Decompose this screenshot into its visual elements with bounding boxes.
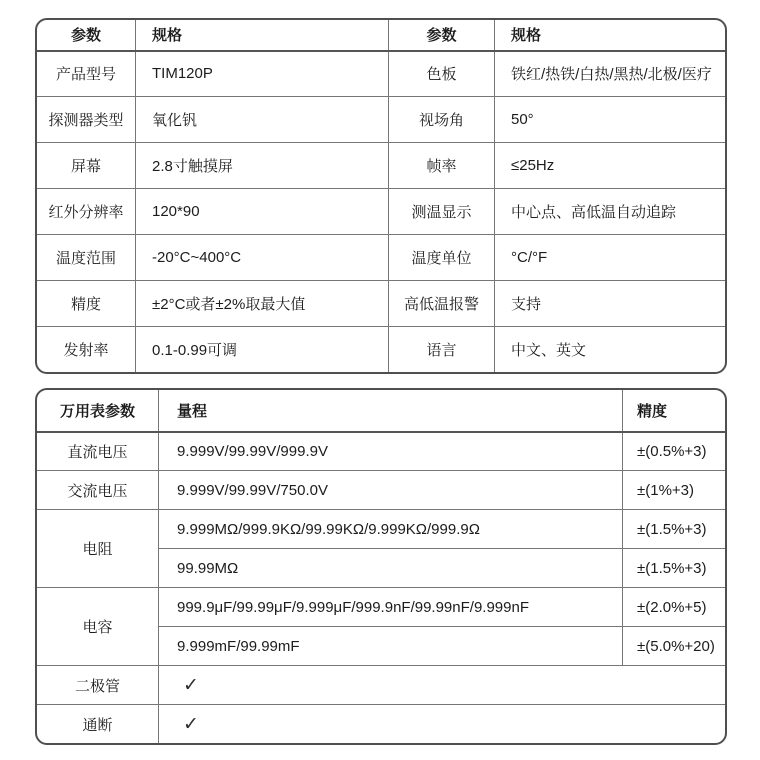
value-cell: ±2°C或者±2%取最大值	[136, 281, 389, 327]
checkmark-icon: ✓	[159, 666, 728, 705]
device-row-detector-fov: 探测器类型 氧化钒 视场角 50°	[37, 97, 728, 143]
value-cell: °C/°F	[495, 235, 728, 281]
param-cell-resistance: 电阻	[37, 510, 159, 588]
accuracy-cell: ±(5.0%+20)	[623, 627, 728, 666]
range-cell: 9.999mF/99.99mF	[159, 627, 623, 666]
row-dc-voltage: 直流电压 9.999V/99.99V/999.9V ±(0.5%+3)	[37, 432, 728, 471]
value-cell: 中心点、高低温自动追踪	[495, 189, 728, 235]
param-cell: 红外分辨率	[37, 189, 136, 235]
value-cell: 支持	[495, 281, 728, 327]
param-cell-capacitance: 电容	[37, 588, 159, 666]
multimeter-param-header: 万用表参数	[37, 390, 159, 432]
accuracy-cell: ±(0.5%+3)	[623, 432, 728, 471]
value-cell: TIM120P	[136, 51, 389, 97]
range-cell: 999.9μF/99.99μF/9.999μF/999.9nF/99.99nF/…	[159, 588, 623, 627]
range-cell: 9.999V/99.99V/999.9V	[159, 432, 623, 471]
param-cell: 通断	[37, 705, 159, 744]
row-capacitance-1: 电容 999.9μF/99.99μF/9.999μF/999.9nF/99.99…	[37, 588, 728, 627]
device-header-row: 参数 规格 参数 规格	[37, 20, 728, 51]
device-row-screen-framerate: 屏幕 2.8寸触摸屏 帧率 ≤25Hz	[37, 143, 728, 189]
param-cell: 屏幕	[37, 143, 136, 189]
param-cell: 帧率	[389, 143, 495, 189]
multimeter-spec-table: 万用表参数 量程 精度 直流电压 9.999V/99.99V/999.9V ±(…	[36, 389, 727, 744]
param-cell: 探测器类型	[37, 97, 136, 143]
value-cell: 2.8寸触摸屏	[136, 143, 389, 189]
spec-sheet-page: 参数 规格 参数 规格 产品型号 TIM120P 色板 铁红/热铁/白热/黑热/…	[0, 0, 760, 760]
param-cell: 视场角	[389, 97, 495, 143]
accuracy-cell: ±(1.5%+3)	[623, 549, 728, 588]
device-row-emissivity-language: 发射率 0.1-0.99可调 语言 中文、英文	[37, 327, 728, 373]
device-param-header-left: 参数	[37, 20, 136, 51]
param-cell: 发射率	[37, 327, 136, 373]
value-cell: ≤25Hz	[495, 143, 728, 189]
param-cell: 产品型号	[37, 51, 136, 97]
multimeter-range-header: 量程	[159, 390, 623, 432]
device-spec-header-right: 规格	[495, 20, 728, 51]
value-cell: 50°	[495, 97, 728, 143]
param-cell: 色板	[389, 51, 495, 97]
checkmark-icon: ✓	[159, 705, 728, 744]
device-param-header-right: 参数	[389, 20, 495, 51]
range-cell: 9.999MΩ/999.9KΩ/99.99KΩ/9.999KΩ/999.9Ω	[159, 510, 623, 549]
device-row-accuracy-alarm: 精度 ±2°C或者±2%取最大值 高低温报警 支持	[37, 281, 728, 327]
device-row-model-palette: 产品型号 TIM120P 色板 铁红/热铁/白热/黑热/北极/医疗	[37, 51, 728, 97]
value-cell: -20°C~400°C	[136, 235, 389, 281]
device-spec-header-left: 规格	[136, 20, 389, 51]
row-ac-voltage: 交流电压 9.999V/99.99V/750.0V ±(1%+3)	[37, 471, 728, 510]
param-cell: 精度	[37, 281, 136, 327]
value-cell: 铁红/热铁/白热/黑热/北极/医疗	[495, 51, 728, 97]
accuracy-cell: ±(1.5%+3)	[623, 510, 728, 549]
value-cell: 中文、英文	[495, 327, 728, 373]
row-continuity: 通断 ✓	[37, 705, 728, 744]
value-cell: 120*90	[136, 189, 389, 235]
param-cell: 温度单位	[389, 235, 495, 281]
param-cell: 高低温报警	[389, 281, 495, 327]
row-resistance-1: 电阻 9.999MΩ/999.9KΩ/99.99KΩ/9.999KΩ/999.9…	[37, 510, 728, 549]
param-cell: 测温显示	[389, 189, 495, 235]
device-spec-table-container: 参数 规格 参数 规格 产品型号 TIM120P 色板 铁红/热铁/白热/黑热/…	[35, 18, 727, 374]
multimeter-header-row: 万用表参数 量程 精度	[37, 390, 728, 432]
multimeter-accuracy-header: 精度	[623, 390, 728, 432]
value-cell: 氧化钒	[136, 97, 389, 143]
accuracy-cell: ±(1%+3)	[623, 471, 728, 510]
device-row-range-unit: 温度范围 -20°C~400°C 温度单位 °C/°F	[37, 235, 728, 281]
device-row-resolution-display: 红外分辨率 120*90 测温显示 中心点、高低温自动追踪	[37, 189, 728, 235]
param-cell: 温度范围	[37, 235, 136, 281]
range-cell: 99.99MΩ	[159, 549, 623, 588]
param-cell: 直流电压	[37, 432, 159, 471]
value-cell: 0.1-0.99可调	[136, 327, 389, 373]
range-cell: 9.999V/99.99V/750.0V	[159, 471, 623, 510]
accuracy-cell: ±(2.0%+5)	[623, 588, 728, 627]
param-cell: 交流电压	[37, 471, 159, 510]
param-cell: 二极管	[37, 666, 159, 705]
device-spec-table: 参数 规格 参数 规格 产品型号 TIM120P 色板 铁红/热铁/白热/黑热/…	[36, 19, 727, 373]
param-cell: 语言	[389, 327, 495, 373]
multimeter-spec-table-container: 万用表参数 量程 精度 直流电压 9.999V/99.99V/999.9V ±(…	[35, 388, 727, 745]
row-diode: 二极管 ✓	[37, 666, 728, 705]
